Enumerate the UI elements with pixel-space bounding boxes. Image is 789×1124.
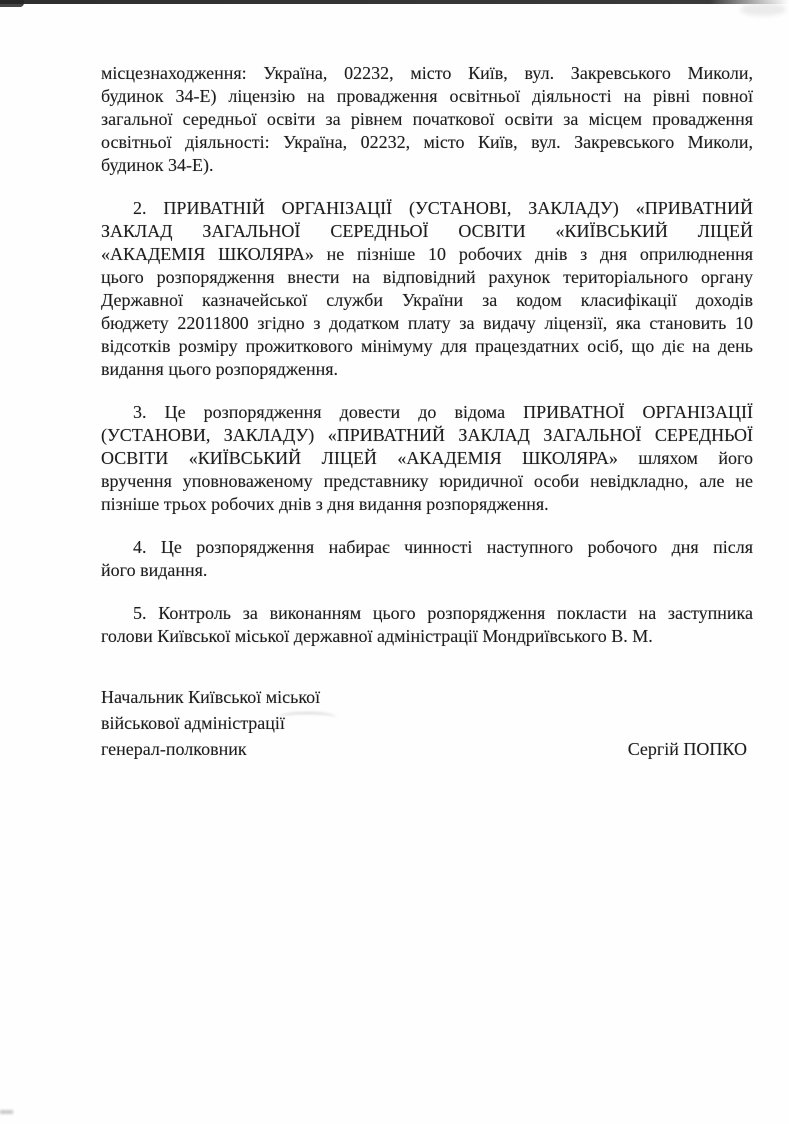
- signatory-title-line-1: Начальник Київської міської: [101, 684, 753, 710]
- text-line: загальної середньої освіти за рівнем поч…: [101, 108, 753, 131]
- text-line: 3. Це розпорядження довести до відома ПР…: [101, 401, 753, 424]
- document-paragraphs: місцезнаходження: Україна, 02232, місто …: [101, 62, 753, 648]
- text-line: відсотків розміру прожиткового мінімуму …: [101, 335, 753, 358]
- scan-corner-mark-top-left: [0, 0, 24, 7]
- text-line: 2. ПРИВАТНІЙ ОРГАНІЗАЦІЇ (УСТАНОВІ, ЗАКЛ…: [101, 197, 753, 220]
- text-line: видання цього розпорядження.: [101, 358, 753, 381]
- document-body: місцезнаходження: Україна, 02232, місто …: [101, 62, 753, 762]
- text-line: освітньої діяльності: Україна, 02232, мі…: [101, 131, 753, 154]
- text-line: будинок 34-Е).: [101, 154, 753, 177]
- scan-top-edge: [0, 0, 789, 4]
- paragraph: 2. ПРИВАТНІЙ ОРГАНІЗАЦІЇ (УСТАНОВІ, ЗАКЛ…: [101, 197, 753, 381]
- text-line: його видання.: [101, 559, 753, 582]
- scan-smudge-top-right: [740, 3, 786, 16]
- text-line: вручення уповноваженому представнику юри…: [101, 470, 753, 493]
- text-line: ЗАКЛАД ЗАГАЛЬНОЇ СЕРЕДНЬОЇ ОСВІТИ «КИЇВС…: [101, 220, 753, 243]
- text-line: Державної казначейської служби України з…: [101, 289, 753, 312]
- text-line: місцезнаходження: Україна, 02232, місто …: [101, 62, 753, 85]
- paragraph: 3. Це розпорядження довести до відома ПР…: [101, 401, 753, 516]
- signature-block: Начальник Київської міської військової а…: [101, 684, 753, 762]
- text-line: «АКАДЕМІЯ ШКОЛЯРА» не пізніше 10 робочих…: [101, 243, 753, 266]
- text-line: будинок 34-Е) ліцензію на провадження ос…: [101, 85, 753, 108]
- paragraph: 5. Контроль за виконанням цього розпоряд…: [101, 602, 753, 648]
- signatory-name: Сергій ПОПКО: [628, 736, 747, 762]
- text-line: голови Київської міської державної адмін…: [101, 625, 753, 648]
- text-line: цього розпорядження внести на відповідни…: [101, 266, 753, 289]
- paragraph: 4. Це розпорядження набирає чинності нас…: [101, 536, 753, 582]
- text-line: пізніше трьох робочих днів з дня видання…: [101, 493, 753, 516]
- signatory-title-line-2: військової адміністрації: [101, 710, 753, 736]
- scan-smudge-middle: [278, 712, 336, 723]
- scan-mark-bottom-left: [0, 1110, 13, 1114]
- scanned-document-page: місцезнаходження: Україна, 02232, місто …: [0, 0, 789, 1124]
- text-line: 5. Контроль за виконанням цього розпоряд…: [101, 602, 753, 625]
- text-line: бюджету 22011800 згідно з додатком плату…: [101, 312, 753, 335]
- paragraph: місцезнаходження: Україна, 02232, місто …: [101, 62, 753, 177]
- text-line: ОСВІТИ «КИЇВСЬКИЙ ЛІЦЕЙ «АКАДЕМІЯ ШКОЛЯР…: [101, 447, 753, 470]
- signature-row: генерал-полковник Сергій ПОПКО: [101, 736, 747, 762]
- signatory-rank: генерал-полковник: [101, 736, 247, 762]
- text-line: 4. Це розпорядження набирає чинності нас…: [101, 536, 753, 559]
- text-line: (УСТАНОВИ, ЗАКЛАДУ) «ПРИВАТНИЙ ЗАКЛАД ЗА…: [101, 424, 753, 447]
